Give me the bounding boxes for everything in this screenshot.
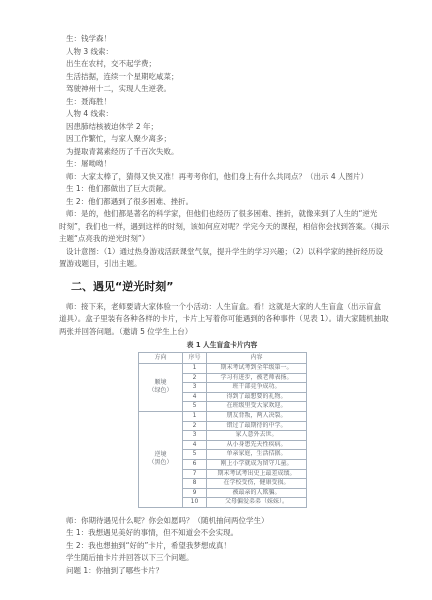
transcript-line: 生：屠呦呦！ bbox=[59, 158, 383, 171]
card-number: 2 bbox=[183, 373, 207, 383]
card-content: 被最亲的人欺骗。 bbox=[207, 488, 307, 498]
transcript-line: 生 2：我也想抽到“好的”卡片，希望我梦想成真！ bbox=[59, 540, 383, 553]
card-content: 在学校受伤，健康受损。 bbox=[207, 479, 307, 489]
activity-intro: 师：接下来，老师要请大家体验一个小活动：人生盲盒。看！这就是大家的人生盲盒（出示… bbox=[59, 301, 383, 339]
card-content: 错过了最期待的中学。 bbox=[207, 421, 307, 431]
card-number: 4 bbox=[183, 440, 207, 450]
section-heading: 二、遇见“逆光时刻” bbox=[71, 280, 383, 294]
transcript-line: 两张并回答问题。（邀请 5 位学生上台） bbox=[59, 326, 383, 339]
table-header-row: 方向 序号 内容 bbox=[139, 353, 307, 364]
table-row: 逆境（黑色）1朋友背叛，两人决裂。 bbox=[139, 411, 307, 421]
transcript-line: 出生在农村，交不起学费； bbox=[59, 58, 383, 71]
card-content: 刚上小学就成为留守儿童。 bbox=[207, 459, 307, 469]
card-number: 10 bbox=[183, 498, 207, 508]
transcript-line: 因工作繁忙，与家人聚少离多； bbox=[59, 133, 383, 146]
transcript-line: 生 1：他们都做出了巨大贡献。 bbox=[59, 183, 383, 196]
card-content: 期末考试考出史上最差成绩。 bbox=[207, 469, 307, 479]
transcript-line: 生：钱学森！ bbox=[59, 33, 383, 46]
transcript-line: 主题“点亮我的逆光时刻”） bbox=[59, 233, 383, 246]
card-number: 8 bbox=[183, 479, 207, 489]
table-row: 顺境（绿色）1期末考试考到全年级第一。 bbox=[139, 364, 307, 374]
transcript-line: 生：聂海胜！ bbox=[59, 96, 383, 109]
blind-box-table: 方向 序号 内容 顺境（绿色）1期末考试考到全年级第一。2学习有进步，被老师表扬… bbox=[138, 352, 307, 508]
transcript-line: 人物 3 线索： bbox=[59, 46, 383, 59]
card-number: 7 bbox=[183, 469, 207, 479]
card-content: 从小身患先天性疾病。 bbox=[207, 440, 307, 450]
card-content: 班干部竞争成功。 bbox=[207, 383, 307, 393]
card-content: 学习有进步，被老师表扬。 bbox=[207, 373, 307, 383]
transcript-line: 师：你期待遇见什么呢？你会如愿吗？（随机抽问两位学生） bbox=[59, 515, 383, 528]
card-number: 3 bbox=[183, 431, 207, 441]
transcript-line: 时刻”，我们也一样，遇到这样的时刻，该如何应对呢？学完今天的课程，相信你会找到答… bbox=[59, 221, 383, 234]
card-content: 在班级里受大家欢迎。 bbox=[207, 402, 307, 412]
direction-cell: 逆境（黑色） bbox=[139, 411, 183, 507]
transcript-line: 置游戏题目，引出主题。 bbox=[59, 258, 383, 271]
card-number: 9 bbox=[183, 488, 207, 498]
card-number: 2 bbox=[183, 421, 207, 431]
transcript-line: 师：是的，他们都是著名的科学家，但他们也经历了很多困难、挫折，就像来到了人生的“… bbox=[59, 208, 383, 221]
card-number: 3 bbox=[183, 383, 207, 393]
transcript-line: 为提取青蒿素经历了千百次失败。 bbox=[59, 146, 383, 159]
transcript-line: 人物 4 线索： bbox=[59, 108, 383, 121]
col-header-content: 内容 bbox=[207, 353, 307, 364]
transcript-line: 生活拮据，连续一个星期吃咸菜； bbox=[59, 71, 383, 84]
card-number: 6 bbox=[183, 459, 207, 469]
transcript-line: 生 1：我想遇见美好的事情，但不知道会不会实现。 bbox=[59, 527, 383, 540]
card-number: 1 bbox=[183, 364, 207, 374]
transcript-line: 师：大家太棒了，猜得又快又准！再考考你们，他们身上有什么共同点？（出示 4 人图… bbox=[59, 171, 383, 184]
transcript-line: 生 2：他们都遇到了很多困难、挫折。 bbox=[59, 196, 383, 209]
col-header-number: 序号 bbox=[183, 353, 207, 364]
transcript-line: 学生随后抽卡片并回答以下三个问题。 bbox=[59, 552, 383, 565]
table-title: 表 1 人生盲盒卡片内容 bbox=[138, 340, 306, 350]
blind-box-table-area: 表 1 人生盲盒卡片内容 方向 序号 内容 顺境（绿色）1期末考试考到全年级第一… bbox=[138, 340, 306, 508]
card-content: 期末考试考到全年级第一。 bbox=[207, 364, 307, 374]
card-number: 5 bbox=[183, 402, 207, 412]
card-content: 单亲家庭，生活拮据。 bbox=[207, 450, 307, 460]
card-number: 5 bbox=[183, 450, 207, 460]
transcript-line: 道具）。盒子里装有各种各样的卡片，卡片上写着你可能遇到的各种事件（见表 1）。请… bbox=[59, 313, 383, 326]
transcript-line: 因患肺结核被迫休学 2 年； bbox=[59, 121, 383, 134]
card-content: 得到了最想要的礼物。 bbox=[207, 392, 307, 402]
direction-color-note: （绿色） bbox=[141, 387, 180, 396]
transcript-line: 问题 1：你抽到了哪些卡片？ bbox=[59, 565, 383, 578]
document-page: 生：钱学森！人物 3 线索：出生在农村，交不起学费；生活拮据，连续一个星期吃咸菜… bbox=[59, 33, 383, 577]
card-content: 父母偏爱弟弟（妹妹）。 bbox=[207, 498, 307, 508]
card-number: 1 bbox=[183, 411, 207, 421]
transcript-line: 师：接下来，老师要请大家体验一个小活动：人生盲盒。看！这就是大家的人生盲盒（出示… bbox=[59, 301, 383, 314]
transcript-top: 生：钱学森！人物 3 线索：出生在农村，交不起学费；生活拮据，连续一个星期吃咸菜… bbox=[59, 33, 383, 271]
card-content: 朋友背叛，两人决裂。 bbox=[207, 411, 307, 421]
col-header-direction: 方向 bbox=[139, 353, 183, 364]
card-content: 家人意外去世。 bbox=[207, 431, 307, 441]
transcript-bottom: 师：你期待遇见什么呢？你会如愿吗？（随机抽问两位学生）生 1：我想遇见美好的事情… bbox=[59, 515, 383, 578]
transcript-line: 设计意图：（1）通过热身游戏活跃课堂气氛，提升学生的学习兴趣；（2）以科学家的挫… bbox=[59, 246, 383, 259]
direction-color-note: （黑色） bbox=[141, 459, 180, 468]
transcript-line: 驾驶神州十二，实现人生逆袭。 bbox=[59, 83, 383, 96]
card-number: 4 bbox=[183, 392, 207, 402]
direction-cell: 顺境（绿色） bbox=[139, 364, 183, 412]
